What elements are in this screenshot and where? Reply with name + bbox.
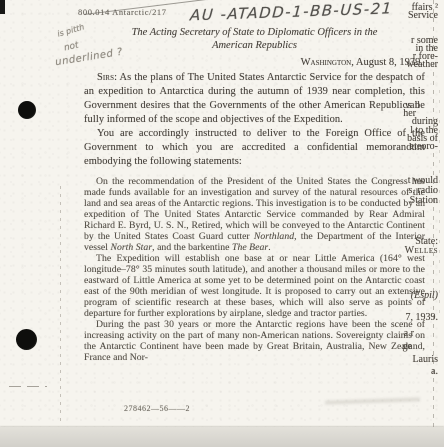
margin-dash	[9, 386, 47, 387]
memo-paragraph-3: During the past 30 years or more the Ant…	[84, 319, 425, 363]
dateline: Washington, August 8, 1939.	[84, 57, 425, 68]
dateline-date: , August 8, 1939.	[351, 57, 423, 68]
hole-punch-bottom	[16, 329, 37, 350]
memo-paragraph-1-text: , and the barkentine	[152, 242, 232, 253]
scanned-document-page: ffairs ² Service r some in the r fore- w…	[0, 0, 444, 447]
memorandum-text: On the recommendation of the President o…	[84, 176, 425, 363]
ship-name-northland: Northland	[254, 231, 294, 242]
pencil-smudge	[325, 397, 420, 404]
salutation: Sirs:	[97, 72, 117, 83]
memo-paragraph-2: The Expedition will establish one base a…	[84, 253, 425, 319]
dateline-place: Washington	[301, 57, 352, 68]
paragraph-1-text: As the plans of The United States Antarc…	[84, 72, 425, 125]
document-title-line2: American Republics	[84, 40, 425, 53]
bottom-scan-band	[0, 427, 444, 447]
memo-paragraph-1-text: .	[268, 242, 270, 253]
memo-paragraph-1: On the recommendation of the President o…	[84, 176, 425, 253]
paragraph-2: You are accordingly instructed to delive…	[84, 127, 425, 169]
pencil-note-line2: not	[63, 41, 80, 54]
page-edge-left	[60, 186, 61, 424]
plate-number: 278462—56——2	[124, 404, 190, 413]
document-title: The Acting Secretary of State to Diploma…	[84, 27, 425, 52]
hole-punch-top	[18, 101, 36, 119]
page-edge-right-faint	[439, 90, 440, 320]
document-title-line1: The Acting Secretary of State to Diploma…	[84, 27, 425, 40]
paragraph-1: Sirs: As the plans of The United States …	[84, 71, 425, 127]
ship-name-north-star: North Star	[110, 242, 152, 253]
letter-body: The Acting Secretary of State to Diploma…	[84, 0, 425, 363]
scan-corner-mark	[0, 0, 5, 14]
left-margin-fragment: a.	[431, 367, 438, 377]
pencil-note-line1: is pitth	[56, 22, 85, 38]
ship-name-the-bear: The Bear	[232, 242, 268, 253]
